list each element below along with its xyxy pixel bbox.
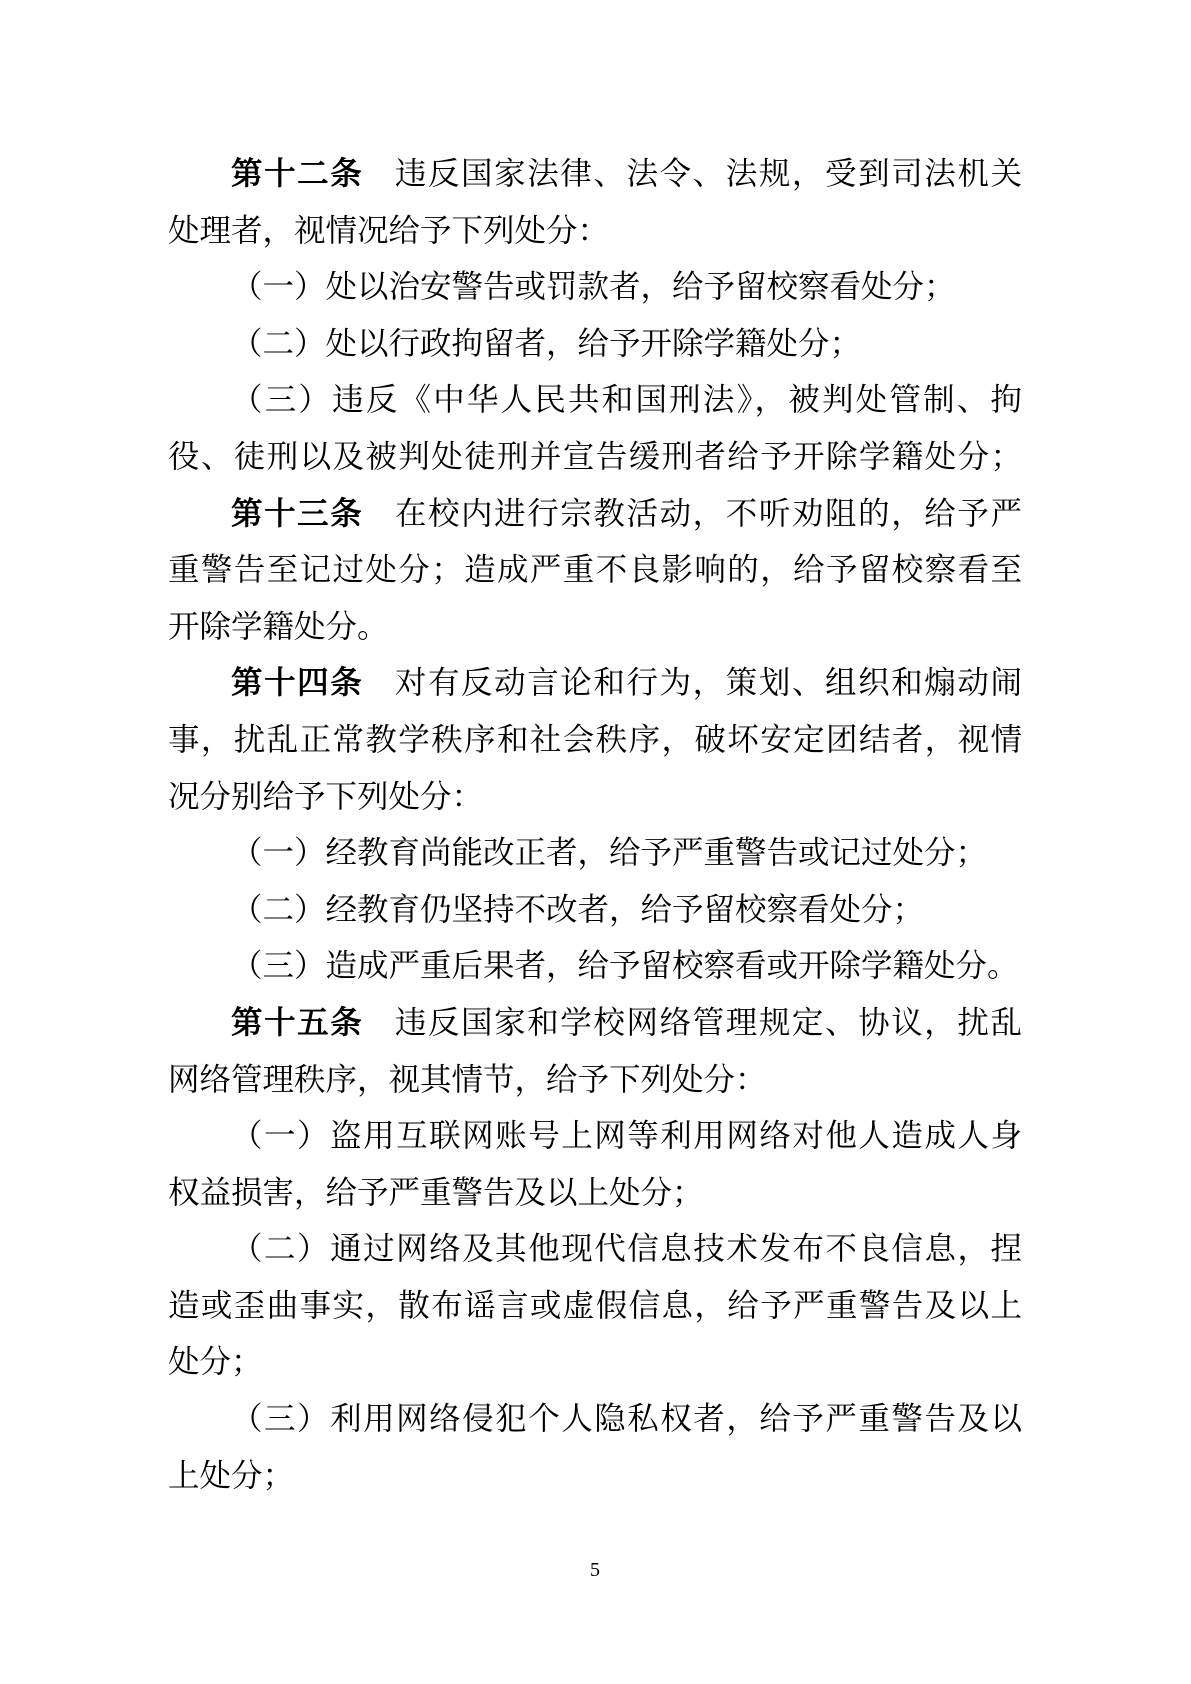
line-text: （三）利用网络侵犯个人隐私权者，给予严重警告及以 [231, 1401, 1022, 1436]
item-line: （一）处以治安警告或罚款者，给予留校察看处分； [168, 259, 1022, 316]
line-text: 权益损害，给予严重警告及以上处分； [168, 1175, 704, 1210]
line-text: 上处分； [168, 1458, 294, 1493]
body-line: 处分； [168, 1334, 1022, 1391]
line-text: （一）处以治安警告或罚款者，给予留校察看处分； [231, 269, 956, 304]
article-number: 第十二条 [231, 156, 363, 191]
line-text: 违反国家和学校网络管理规定、协议，扰乱 [395, 1005, 1022, 1040]
line-text: （一）经教育尚能改正者，给予严重警告或记过处分； [231, 835, 987, 870]
item-line: （二）通过网络及其他现代信息技术发布不良信息，捏 [168, 1221, 1022, 1278]
line-text: 事，扰乱正常教学秩序和社会秩序，破坏安定团结者，视情 [168, 722, 1022, 757]
item-line: （三）造成严重后果者，给予留校察看或开除学籍处分。 [168, 938, 1022, 995]
article-line: 第十四条对有反动言论和行为，策划、组织和煽动闹 [168, 655, 1022, 712]
body-line: 造或歪曲事实，散布谣言或虚假信息，给予严重警告及以上 [168, 1278, 1022, 1335]
line-text: 违反国家法律、法令、法规，受到司法机关 [395, 156, 1022, 191]
item-line: （三）违反《中华人民共和国刑法》，被判处管制、拘 [168, 372, 1022, 429]
body-line: 网络管理秩序，视其情节，给予下列处分： [168, 1052, 1022, 1109]
item-line: （二）处以行政拘留者，给予开除学籍处分； [168, 316, 1022, 373]
article-number: 第十三条 [231, 496, 363, 531]
line-text: （二）经教育仍坚持不改者，给予留校察看处分； [231, 892, 924, 927]
line-text: （三）违反《中华人民共和国刑法》，被判处管制、拘 [231, 382, 1022, 417]
body-line: 重警告至记过处分；造成严重不良影响的，给予留校察看至 [168, 542, 1022, 599]
line-text: 处分； [168, 1344, 263, 1379]
body-line: 上处分； [168, 1448, 1022, 1505]
body-line: 开除学籍处分。 [168, 599, 1022, 656]
article-number: 第十五条 [231, 1005, 363, 1040]
line-text: 处理者，视情况给予下列处分： [168, 213, 609, 248]
item-line: （二）经教育仍坚持不改者，给予留校察看处分； [168, 882, 1022, 939]
line-text: 造或歪曲事实，散布谣言或虚假信息，给予严重警告及以上 [168, 1288, 1022, 1323]
line-text: 在校内进行宗教活动，不听劝阻的，给予严 [395, 496, 1022, 531]
page-number: 5 [168, 1556, 1022, 1584]
item-line: （三）利用网络侵犯个人隐私权者，给予严重警告及以 [168, 1391, 1022, 1448]
line-text: （一）盗用互联网账号上网等利用网络对他人造成人身 [231, 1118, 1022, 1153]
line-text: 役、徒刑以及被判处徒刑并宣告缓刑者给予开除学籍处分； [168, 439, 1022, 474]
line-text: 重警告至记过处分；造成严重不良影响的，给予留校察看至 [168, 552, 1022, 587]
item-line: （一）经教育尚能改正者，给予严重警告或记过处分； [168, 825, 1022, 882]
article-line: 第十三条在校内进行宗教活动，不听劝阻的，给予严 [168, 486, 1022, 543]
line-text: （三）造成严重后果者，给予留校察看或开除学籍处分。 [231, 948, 1019, 983]
line-text: 对有反动言论和行为，策划、组织和煽动闹 [395, 665, 1022, 700]
line-text: 开除学籍处分。 [168, 609, 389, 644]
document-page: 第十二条违反国家法律、法令、法规，受到司法机关 处理者，视情况给予下列处分： （… [0, 0, 1191, 1684]
item-line: （一）盗用互联网账号上网等利用网络对他人造成人身 [168, 1108, 1022, 1165]
document-body: 第十二条违反国家法律、法令、法规，受到司法机关 处理者，视情况给予下列处分： （… [168, 146, 1022, 1504]
article-number: 第十四条 [231, 665, 363, 700]
body-line: 况分别给予下列处分： [168, 769, 1022, 826]
body-line: 事，扰乱正常教学秩序和社会秩序，破坏安定团结者，视情 [168, 712, 1022, 769]
line-text: 况分别给予下列处分： [168, 779, 483, 814]
line-text: （二）通过网络及其他现代信息技术发布不良信息，捏 [231, 1231, 1022, 1266]
article-line: 第十二条违反国家法律、法令、法规，受到司法机关 [168, 146, 1022, 203]
body-line: 权益损害，给予严重警告及以上处分； [168, 1165, 1022, 1222]
article-line: 第十五条违反国家和学校网络管理规定、协议，扰乱 [168, 995, 1022, 1052]
body-line: 处理者，视情况给予下列处分： [168, 203, 1022, 260]
line-text: 网络管理秩序，视其情节，给予下列处分： [168, 1062, 767, 1097]
line-text: （二）处以行政拘留者，给予开除学籍处分； [231, 326, 861, 361]
body-line: 役、徒刑以及被判处徒刑并宣告缓刑者给予开除学籍处分； [168, 429, 1022, 486]
